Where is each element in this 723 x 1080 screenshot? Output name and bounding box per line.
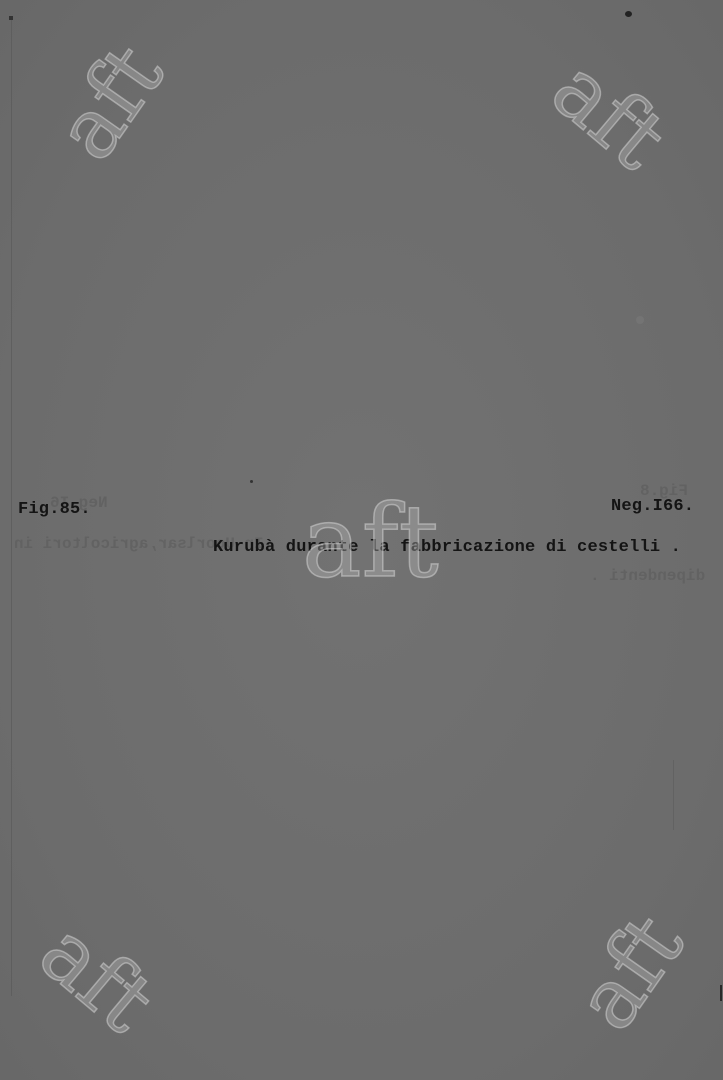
paper-streak: [673, 760, 674, 830]
ink-speck: [250, 480, 253, 483]
watermark-logo: aft: [26, 908, 168, 1046]
bleed-through-text: dipendenti .: [590, 567, 705, 585]
negative-label: Neg.I66.: [611, 497, 694, 516]
caption: Kurubà durante la fabbricazione di ceste…: [213, 538, 681, 557]
scanned-page: Neg.I6 In Uoorlsar,agricoltori in dipend…: [0, 0, 723, 1080]
figure-label: Fig.85.: [18, 500, 91, 519]
ink-speck: [625, 11, 632, 17]
watermark-logo: aft: [42, 31, 177, 173]
paper-blemish: [636, 316, 644, 324]
watermark-logo: aft: [302, 492, 439, 592]
edge-mark: [720, 985, 722, 1001]
watermark-logo: aft: [562, 901, 697, 1043]
margin-line: [11, 16, 12, 996]
watermark-logo: aft: [538, 45, 680, 183]
margin-mark: [9, 16, 13, 20]
